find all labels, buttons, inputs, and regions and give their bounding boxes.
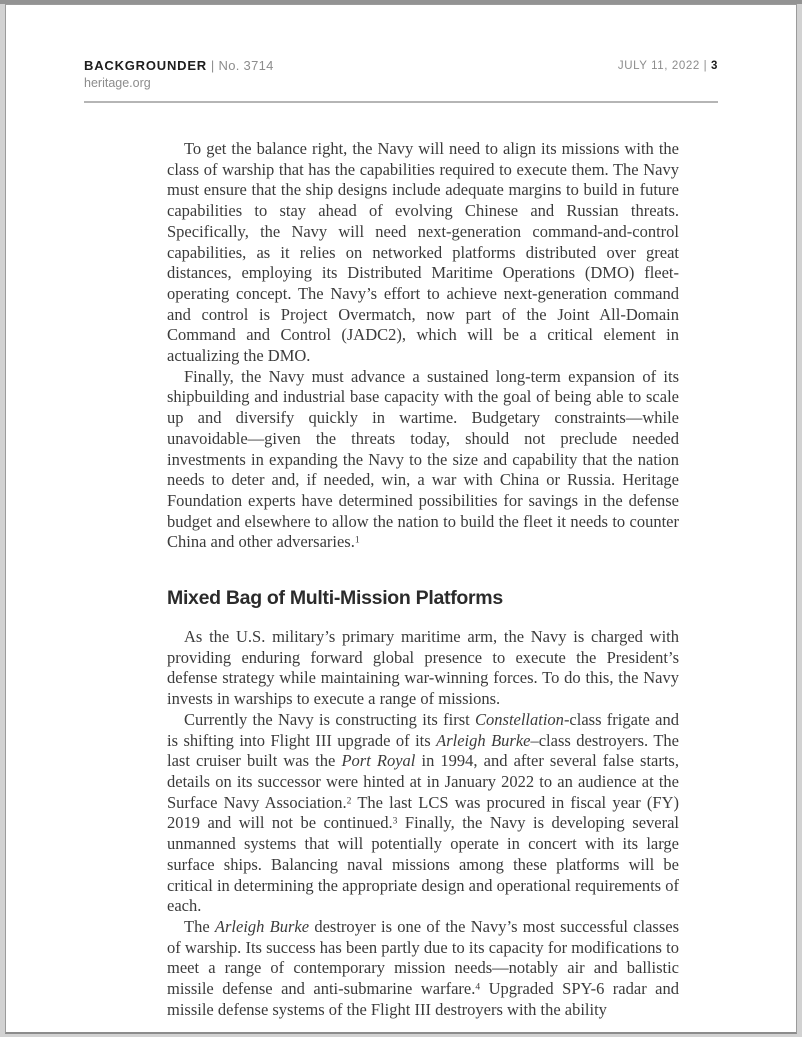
italic-text: Port Royal (341, 751, 415, 770)
article-body: To get the balance right, the Navy will … (167, 139, 679, 1020)
body-paragraph-4: Currently the Navy is constructing its f… (167, 710, 679, 917)
app-canvas: { "colors": { "canvas_background": "#d2d… (0, 0, 802, 1037)
footnote-ref: 1 (355, 535, 360, 546)
header-right: JULY 11, 2022 | 3 (618, 58, 718, 74)
header-rule (84, 101, 718, 103)
text-run: As the U.S. military’s primary maritime … (167, 627, 679, 708)
italic-text: Constellation (475, 710, 564, 729)
body-paragraph-5: The Arleigh Burke destroyer is one of th… (167, 917, 679, 1021)
website-url: heritage.org (84, 76, 274, 91)
page-header: BACKGROUNDER | No. 3714 heritage.org JUL… (84, 58, 718, 91)
body-paragraph-2: Finally, the Navy must advance a sustain… (167, 367, 679, 553)
text-run: Currently the Navy is constructing its f… (184, 710, 475, 729)
header-left: BACKGROUNDER | No. 3714 heritage.org (84, 58, 274, 91)
body-paragraph-3: As the U.S. military’s primary maritime … (167, 627, 679, 710)
document-page: BACKGROUNDER | No. 3714 heritage.org JUL… (5, 4, 797, 1034)
publication-line: BACKGROUNDER | No. 3714 (84, 58, 274, 74)
italic-text: Arleigh Burke (436, 731, 530, 750)
publication-title: BACKGROUNDER (84, 58, 207, 73)
issue-number: | No. 3714 (207, 58, 274, 73)
text-run: Finally, the Navy must advance a sustain… (167, 367, 679, 552)
page-number: 3 (711, 60, 718, 72)
italic-text: Arleigh Burke (215, 917, 309, 936)
body-paragraph-1: To get the balance right, the Navy will … (167, 139, 679, 367)
text-run: To get the balance right, the Navy will … (167, 139, 679, 365)
section-heading: Mixed Bag of Multi-Mission Platforms (167, 587, 679, 610)
header-date: JULY 11, 2022 | (618, 60, 711, 72)
text-run: The (184, 917, 215, 936)
